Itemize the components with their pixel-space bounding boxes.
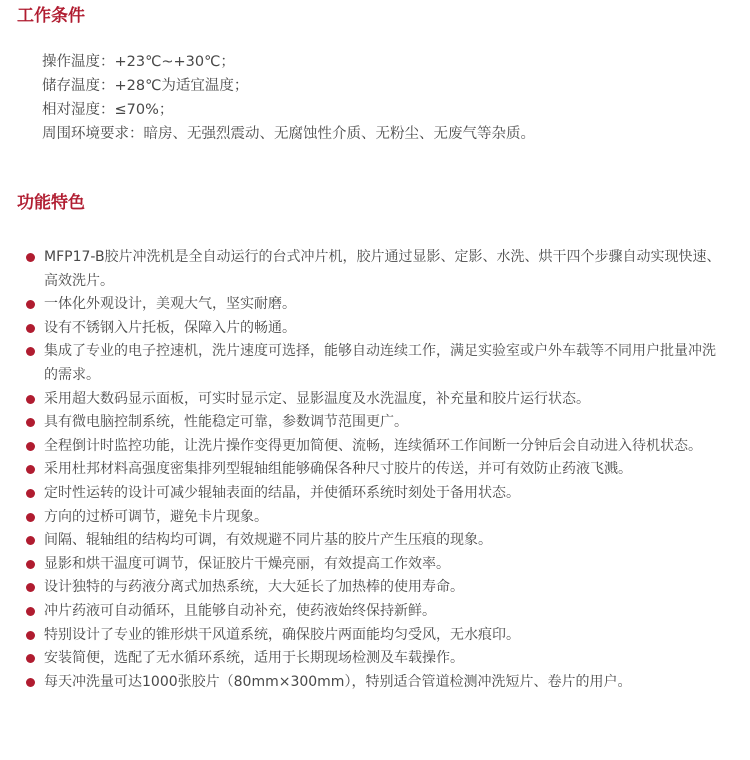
feature-text: 集成了专业的电子控速机，洗片速度可选择，能够自动连续工作，满足实验室或户外车载等… bbox=[44, 340, 724, 387]
feature-item: 全程倒计时监控功能，让洗片操作变得更加简便、流畅，连续循环工作间断一分钟后会自动… bbox=[24, 435, 724, 459]
bullet-icon bbox=[26, 442, 35, 451]
feature-text: 采用超大数码显示面板，可实时显示定、显影温度及水洗温度，补充量和胶片运行状态。 bbox=[44, 388, 724, 412]
bullet-icon bbox=[26, 678, 35, 687]
feature-text: 每天冲洗量可达1000张胶片（80mm×300mm），特别适合管道检测冲洗短片、… bbox=[44, 671, 724, 695]
feature-item: 每天冲洗量可达1000张胶片（80mm×300mm），特别适合管道检测冲洗短片、… bbox=[24, 671, 724, 695]
bullet-icon bbox=[26, 465, 35, 474]
bullet-icon bbox=[26, 347, 35, 356]
feature-text: 设有不锈钢入片托板，保障入片的畅通。 bbox=[44, 317, 724, 341]
bullet-icon bbox=[26, 489, 35, 498]
bullet-icon bbox=[26, 300, 35, 309]
bullet-icon bbox=[26, 324, 35, 333]
bullet-icon bbox=[26, 607, 35, 616]
feature-item: 设计独特的与药液分离式加热系统，大大延长了加热棒的使用寿命。 bbox=[24, 576, 724, 600]
bullet-icon bbox=[26, 418, 35, 427]
bullet-icon bbox=[26, 253, 35, 262]
feature-item: 间隔、辊轴组的结构均可调，有效规避不同片基的胶片产生压痕的现象。 bbox=[24, 529, 724, 553]
feature-text: 一体化外观设计，美观大气，坚实耐磨。 bbox=[44, 293, 724, 317]
bullet-icon bbox=[26, 536, 35, 545]
bullet-icon bbox=[26, 631, 35, 640]
section-title-working-conditions: 工作条件 bbox=[17, 5, 85, 27]
feature-item: MFP17-B胶片冲洗机是全自动运行的台式冲片机，胶片通过显影、定影、水洗、烘干… bbox=[24, 246, 724, 293]
feature-item: 安装简便，选配了无水循环系统，适用于长期现场检测及车载操作。 bbox=[24, 647, 724, 671]
bullet-icon bbox=[26, 513, 35, 522]
feature-text: 具有微电脑控制系统，性能稳定可靠，参数调节范围更广。 bbox=[44, 411, 724, 435]
feature-item: 具有微电脑控制系统，性能稳定可靠，参数调节范围更广。 bbox=[24, 411, 724, 435]
feature-item: 采用杜邦材料高强度密集排列型辊轴组能够确保各种尺寸胶片的传送，并可有效防止药液飞… bbox=[24, 458, 724, 482]
section-title-features: 功能特色 bbox=[17, 192, 85, 214]
feature-text: 间隔、辊轴组的结构均可调，有效规避不同片基的胶片产生压痕的现象。 bbox=[44, 529, 724, 553]
feature-text: 安装简便，选配了无水循环系统，适用于长期现场检测及车载操作。 bbox=[44, 647, 724, 671]
feature-item: 集成了专业的电子控速机，洗片速度可选择，能够自动连续工作，满足实验室或户外车载等… bbox=[24, 340, 724, 387]
bullet-icon bbox=[26, 560, 35, 569]
condition-relative-humidity: 相对湿度：≤70%； bbox=[42, 98, 535, 122]
bullet-icon bbox=[26, 395, 35, 404]
feature-item: 定时性运转的设计可减少辊轴表面的结晶，并使循环系统时刻处于备用状态。 bbox=[24, 482, 724, 506]
feature-item: 采用超大数码显示面板，可实时显示定、显影温度及水洗温度，补充量和胶片运行状态。 bbox=[24, 388, 724, 412]
condition-operating-temperature: 操作温度：+23℃~+30℃； bbox=[42, 50, 535, 74]
feature-item: 显影和烘干温度可调节，保证胶片干燥亮丽，有效提高工作效率。 bbox=[24, 553, 724, 577]
bullet-icon bbox=[26, 654, 35, 663]
feature-text: 显影和烘干温度可调节，保证胶片干燥亮丽，有效提高工作效率。 bbox=[44, 553, 724, 577]
features-list: MFP17-B胶片冲洗机是全自动运行的台式冲片机，胶片通过显影、定影、水洗、烘干… bbox=[24, 246, 724, 694]
feature-text: 设计独特的与药液分离式加热系统，大大延长了加热棒的使用寿命。 bbox=[44, 576, 724, 600]
feature-text: 全程倒计时监控功能，让洗片操作变得更加简便、流畅，连续循环工作间断一分钟后会自动… bbox=[44, 435, 724, 459]
feature-text: 方向的过桥可调节，避免卡片现象。 bbox=[44, 506, 724, 530]
feature-text: 定时性运转的设计可减少辊轴表面的结晶，并使循环系统时刻处于备用状态。 bbox=[44, 482, 724, 506]
feature-item: 特别设计了专业的锥形烘干风道系统，确保胶片两面能均匀受风，无水痕印。 bbox=[24, 624, 724, 648]
condition-environment-requirements: 周围环境要求：暗房、无强烈震动、无腐蚀性介质、无粉尘、无废气等杂质。 bbox=[42, 122, 535, 146]
feature-text: 采用杜邦材料高强度密集排列型辊轴组能够确保各种尺寸胶片的传送，并可有效防止药液飞… bbox=[44, 458, 724, 482]
condition-storage-temperature: 储存温度：+28℃为适宜温度； bbox=[42, 74, 535, 98]
feature-item: 设有不锈钢入片托板，保障入片的畅通。 bbox=[24, 317, 724, 341]
feature-item: 方向的过桥可调节，避免卡片现象。 bbox=[24, 506, 724, 530]
feature-item: 冲片药液可自动循环，且能够自动补充，使药液始终保持新鲜。 bbox=[24, 600, 724, 624]
feature-text: 冲片药液可自动循环，且能够自动补充，使药液始终保持新鲜。 bbox=[44, 600, 724, 624]
bullet-icon bbox=[26, 583, 35, 592]
feature-text: MFP17-B胶片冲洗机是全自动运行的台式冲片机，胶片通过显影、定影、水洗、烘干… bbox=[44, 246, 724, 293]
working-conditions-list: 操作温度：+23℃~+30℃； 储存温度：+28℃为适宜温度； 相对湿度：≤70… bbox=[42, 50, 535, 146]
feature-item: 一体化外观设计，美观大气，坚实耐磨。 bbox=[24, 293, 724, 317]
feature-text: 特别设计了专业的锥形烘干风道系统，确保胶片两面能均匀受风，无水痕印。 bbox=[44, 624, 724, 648]
